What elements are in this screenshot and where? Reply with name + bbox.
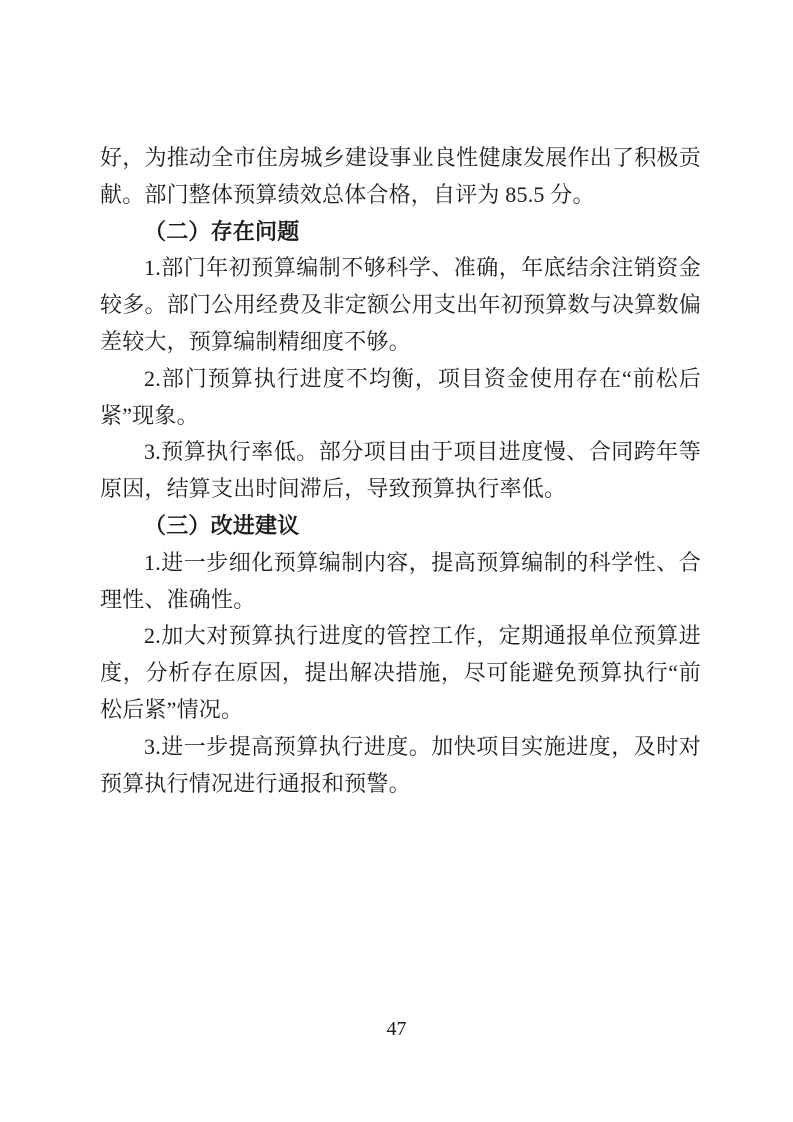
paragraph-problem-3: 3.预算执行率低。部分项目由于项目进度慢、合同跨年等原因，结算支出时间滞后，导致… (100, 434, 701, 508)
paragraph-suggestion-1: 1.进一步细化预算编制内容，提高预算编制的科学性、合理性、准确性。 (100, 545, 701, 619)
document-body: 好，为推动全市住房城乡建设事业良性健康发展作出了积极贡献。部门整体预算绩效总体合… (100, 140, 701, 802)
document-page: 好，为推动全市住房城乡建设事业良性健康发展作出了积极贡献。部门整体预算绩效总体合… (0, 0, 793, 1122)
paragraph-continued: 好，为推动全市住房城乡建设事业良性健康发展作出了积极贡献。部门整体预算绩效总体合… (100, 140, 701, 214)
paragraph-suggestion-2: 2.加大对预算执行进度的管控工作，定期通报单位预算进度，分析存在原因，提出解决措… (100, 618, 701, 728)
paragraph-problem-2: 2.部门预算执行进度不均衡，项目资金使用存在“前松后紧”现象。 (100, 361, 701, 435)
section-heading-improvement-suggestions: （三）改进建议 (100, 508, 701, 545)
page-footer: 47 (0, 1018, 793, 1041)
paragraph-suggestion-3: 3.进一步提高预算执行进度。加快项目实施进度，及时对预算执行情况进行通报和预警。 (100, 729, 701, 803)
paragraph-problem-1: 1.部门年初预算编制不够科学、准确，年底结余注销资金较多。部门公用经费及非定额公… (100, 250, 701, 360)
section-heading-existing-problems: （二）存在问题 (100, 214, 701, 251)
page-number: 47 (387, 1018, 407, 1040)
